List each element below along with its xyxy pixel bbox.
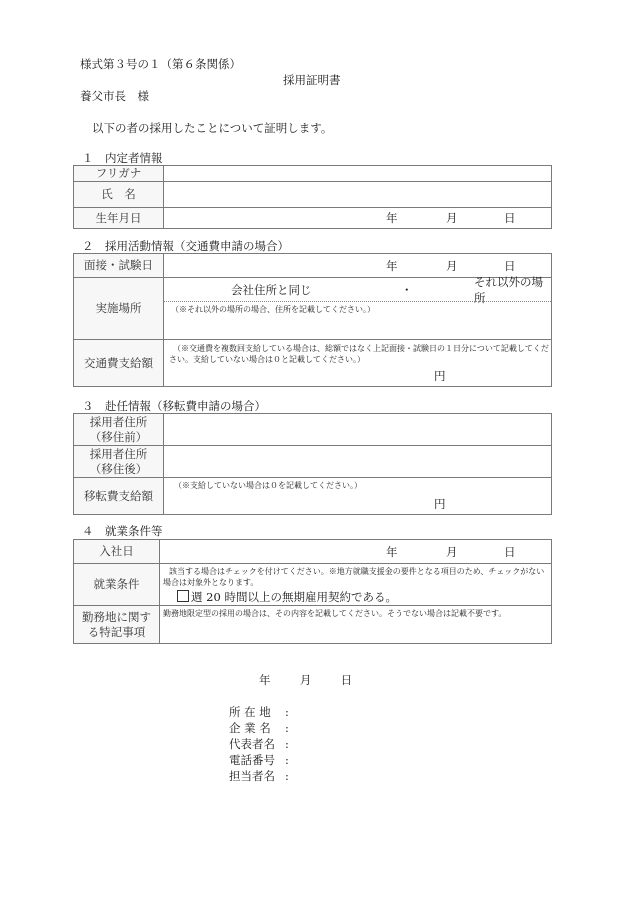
- section2-heading: ２ 採用活動情報（交通費申請の場合）: [82, 238, 289, 254]
- address-after-label-line2: （移住後）: [74, 462, 163, 477]
- form-number: 様式第３号の１（第６条関係）: [80, 56, 241, 72]
- address-before-label: 採用者住所 （移住前）: [74, 414, 164, 446]
- phone-label: 電話番号: [229, 752, 285, 768]
- document-title: 採用証明書: [283, 72, 341, 88]
- address-before-field[interactable]: [164, 414, 552, 446]
- contact-person-colon: :: [285, 769, 289, 783]
- furigana-row: フリガナ: [74, 166, 552, 182]
- conditions-checkbox-label: 週 20 時間以上の無期雇用契約である。: [191, 590, 397, 604]
- checkbox-icon[interactable]: [177, 590, 189, 602]
- start-month-label: 月: [446, 544, 458, 560]
- furigana-field[interactable]: [164, 166, 552, 182]
- travel-expense-note: （※交通費を複数回支給している場合は、総額ではなく上記面接・試験日の１日分につい…: [169, 343, 551, 365]
- relocation-expense-row: 移転費支給額 （※支給していない場合は０を記載してください。） 円: [74, 478, 552, 515]
- section3-table: 採用者住所 （移住前） 採用者住所 （移住後） 移転費支給額 （※支給していない…: [73, 413, 552, 515]
- workplace-notes-label-line2: る特記事項: [74, 625, 159, 640]
- relocation-expense-field[interactable]: （※支給していない場合は０を記載してください。） 円: [164, 478, 552, 515]
- workplace-notes-label: 勤務地に関す る特記事項: [74, 606, 160, 644]
- start-day-label: 日: [504, 544, 516, 560]
- section4-table: 入社日 年 月 日 就業条件 該当する場合はチェックを付けてください。※地方就職…: [73, 539, 552, 644]
- travel-expense-field[interactable]: （※交通費を複数回支給している場合は、総額ではなく上記面接・試験日の１日分につい…: [164, 340, 552, 387]
- start-date-row: 入社日 年 月 日: [74, 540, 552, 564]
- interview-day-label: 日: [504, 258, 516, 274]
- address-before-row: 採用者住所 （移住前）: [74, 414, 552, 446]
- location-colon: :: [285, 705, 289, 719]
- travel-expense-label: 交通費支給額: [74, 340, 164, 387]
- address-before-label-line1: 採用者住所: [74, 415, 163, 430]
- signature-date[interactable]: 年 月 日: [259, 672, 352, 688]
- signature-day-label: 日: [341, 673, 353, 687]
- birthdate-month-label: 月: [446, 210, 458, 226]
- contact-person-label: 担当者名: [229, 768, 285, 784]
- workplace-notes-field[interactable]: 勤務地限定型の採用の場合は、その内容を記載してください。そうでない場合は記載不要…: [160, 606, 552, 644]
- venue-note: （※それ以外の場所の場合、住所を記載してください。）: [171, 304, 630, 315]
- section4-heading: ４ 就業条件等: [82, 523, 163, 539]
- address-after-label: 採用者住所 （移住後）: [74, 446, 164, 478]
- name-label: 氏 名: [74, 182, 164, 208]
- section3-heading: ３ 赴任情報（移転費申請の場合）: [82, 398, 266, 414]
- name-row: 氏 名: [74, 182, 552, 208]
- travel-expense-row: 交通費支給額 （※交通費を複数回支給している場合は、総額ではなく上記面接・試験日…: [74, 340, 552, 387]
- representative-colon: :: [285, 737, 289, 751]
- company-name-label: 企 業 名: [229, 720, 285, 736]
- conditions-checkbox-item[interactable]: 週 20 時間以上の無期雇用契約である。: [177, 589, 397, 605]
- birthdate-field[interactable]: 年 月 日: [164, 208, 552, 229]
- birthdate-label: 生年月日: [74, 208, 164, 229]
- interview-month-label: 月: [446, 258, 458, 274]
- birthdate-year-label: 年: [386, 210, 398, 226]
- venue-address-field[interactable]: （※それ以外の場所の場合、住所を記載してください。）: [164, 302, 552, 340]
- venue-options: 会社住所と同じ ・ それ以外の場所: [164, 278, 552, 302]
- venue-option-same-as-company[interactable]: 会社住所と同じ: [231, 282, 312, 298]
- signature-field-company-name[interactable]: 企 業 名:: [229, 720, 289, 736]
- venue-option-row: 実施場所 会社住所と同じ ・ それ以外の場所: [74, 278, 552, 302]
- signature-field-contact-person[interactable]: 担当者名:: [229, 768, 289, 784]
- workplace-notes-row: 勤務地に関す る特記事項 勤務地限定型の採用の場合は、その内容を記載してください…: [74, 606, 552, 644]
- start-date-field[interactable]: 年 月 日: [160, 540, 552, 564]
- address-after-row: 採用者住所 （移住後）: [74, 446, 552, 478]
- birthdate-row: 生年月日 年 月 日: [74, 208, 552, 229]
- section2-table: 面接・試験日 年 月 日 実施場所 会社住所と同じ ・ それ以外の場所 （※それ…: [73, 253, 552, 387]
- signature-field-phone[interactable]: 電話番号:: [229, 752, 289, 768]
- start-date-label: 入社日: [74, 540, 160, 564]
- furigana-label: フリガナ: [74, 166, 164, 182]
- relocation-expense-note: （※支給していない場合は０を記載してください。）: [174, 480, 614, 491]
- start-year-label: 年: [386, 544, 398, 560]
- address-after-label-line1: 採用者住所: [74, 447, 163, 462]
- address-after-field[interactable]: [164, 446, 552, 478]
- workplace-notes-label-line1: 勤務地に関す: [74, 610, 159, 625]
- name-field[interactable]: [164, 182, 552, 208]
- workplace-notes-note: 勤務地限定型の採用の場合は、その内容を記載してください。そうでない場合は記載不要…: [163, 608, 563, 619]
- section1-heading: １ 内定者情報: [82, 150, 163, 166]
- location-label: 所 在 地: [229, 704, 285, 720]
- signature-year-label: 年: [259, 673, 271, 687]
- venue-label: 実施場所: [74, 278, 164, 340]
- intro-statement: 以下の者の採用したことについて証明します。: [92, 120, 332, 136]
- representative-label: 代表者名: [229, 736, 285, 752]
- conditions-label: 就業条件: [74, 564, 160, 606]
- birthdate-day-label: 日: [504, 210, 516, 226]
- company-name-colon: :: [285, 721, 289, 735]
- signature-field-location[interactable]: 所 在 地:: [229, 704, 289, 720]
- signature-field-representative[interactable]: 代表者名:: [229, 736, 289, 752]
- interview-year-label: 年: [386, 258, 398, 274]
- relocation-expense-label: 移転費支給額: [74, 478, 164, 515]
- section1-table: フリガナ 氏 名 生年月日 年 月 日: [73, 165, 552, 229]
- phone-colon: :: [285, 753, 289, 767]
- venue-option-separator: ・: [401, 282, 413, 298]
- interview-date-label: 面接・試験日: [74, 254, 164, 278]
- relocation-expense-yen-unit: 円: [434, 496, 446, 512]
- signature-month-label: 月: [300, 673, 312, 687]
- address-before-label-line2: （移住前）: [74, 430, 163, 445]
- travel-expense-yen-unit: 円: [434, 368, 446, 384]
- conditions-note: 該当する場合はチェックを付けてください。※地方就職支援金の要件となる項目のため、…: [163, 566, 551, 588]
- conditions-field: 該当する場合はチェックを付けてください。※地方就職支援金の要件となる項目のため、…: [160, 564, 552, 606]
- conditions-row: 就業条件 該当する場合はチェックを付けてください。※地方就職支援金の要件となる項…: [74, 564, 552, 606]
- addressee: 養父市長 様: [80, 88, 149, 104]
